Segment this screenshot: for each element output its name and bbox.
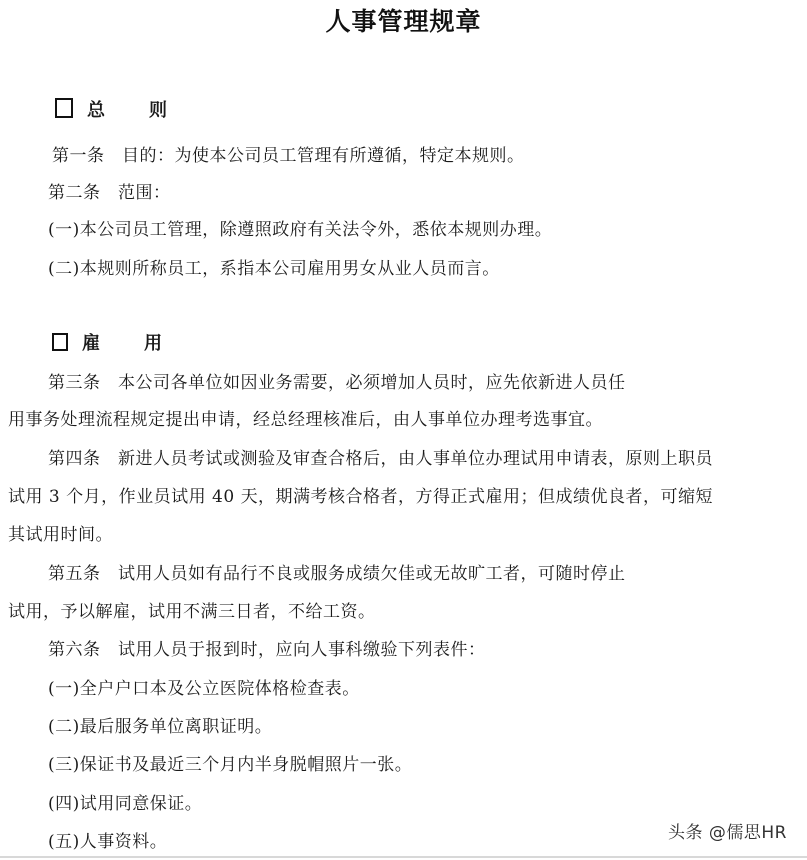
- article-6-item-1: (一)全户户口本及公立医院体格检查表。: [48, 674, 360, 699]
- section-heading-general: 总则: [55, 96, 167, 122]
- heading-char: 则: [149, 96, 167, 122]
- article-2: 第二条 范围：: [48, 178, 171, 203]
- checkbox-square-icon: [52, 333, 68, 351]
- article-2-item-1: (一)本公司员工管理，除遵照政府有关法令外，悉依本规则办理。: [48, 215, 552, 240]
- document-title: 人事管理规章: [0, 2, 807, 38]
- article-5-line-1: 第五条 试用人员如有品行不良或服务成绩欠佳或无故旷工者，可随时停止: [48, 559, 626, 584]
- heading-char: 用: [144, 329, 162, 355]
- checkbox-square-icon: [55, 98, 73, 118]
- article-6-item-4: (四)试用同意保证。: [48, 789, 202, 814]
- article-5-line-2: 试用，予以解雇，试用不满三日者，不给工资。: [8, 597, 376, 622]
- article-6-item-2: (二)最后服务单位离职证明。: [48, 712, 272, 737]
- article-6-item-3: (三)保证书及最近三个月内半身脱帽照片一张。: [48, 750, 412, 775]
- article-4-line-3: 其试用时间。: [8, 520, 113, 545]
- article-6-item-5: (五)人事资料。: [48, 827, 167, 852]
- heading-char: 雇: [82, 329, 100, 355]
- watermark: 头条 @儒思HR: [668, 818, 787, 843]
- article-6: 第六条 试用人员于报到时，应向人事科缴验下列表件：: [48, 635, 486, 660]
- heading-char: 总: [87, 96, 105, 122]
- article-1: 第一条 目的：为使本公司员工管理有所遵循，特定本规则。: [52, 141, 525, 166]
- article-3-line-1: 第三条 本公司各单位如因业务需要，必须增加人员时，应先依新进人员任: [48, 368, 626, 393]
- bottom-divider: [0, 856, 807, 858]
- article-4-line-1: 第四条 新进人员考试或测验及审查合格后，由人事单位办理试用申请表，原则上职员: [48, 444, 713, 469]
- article-3-line-2: 用事务处理流程规定提出申请，经总经理核准后，由人事单位办理考选事宜。: [8, 405, 603, 430]
- section-heading-employment: 雇用: [52, 329, 162, 355]
- article-4-line-2: 试用 3 个月，作业员试用 40 天，期满考核合格者，方得正式雇用；但成绩优良者…: [8, 482, 713, 507]
- article-2-item-2: (二)本规则所称员工，系指本公司雇用男女从业人员而言。: [48, 254, 500, 279]
